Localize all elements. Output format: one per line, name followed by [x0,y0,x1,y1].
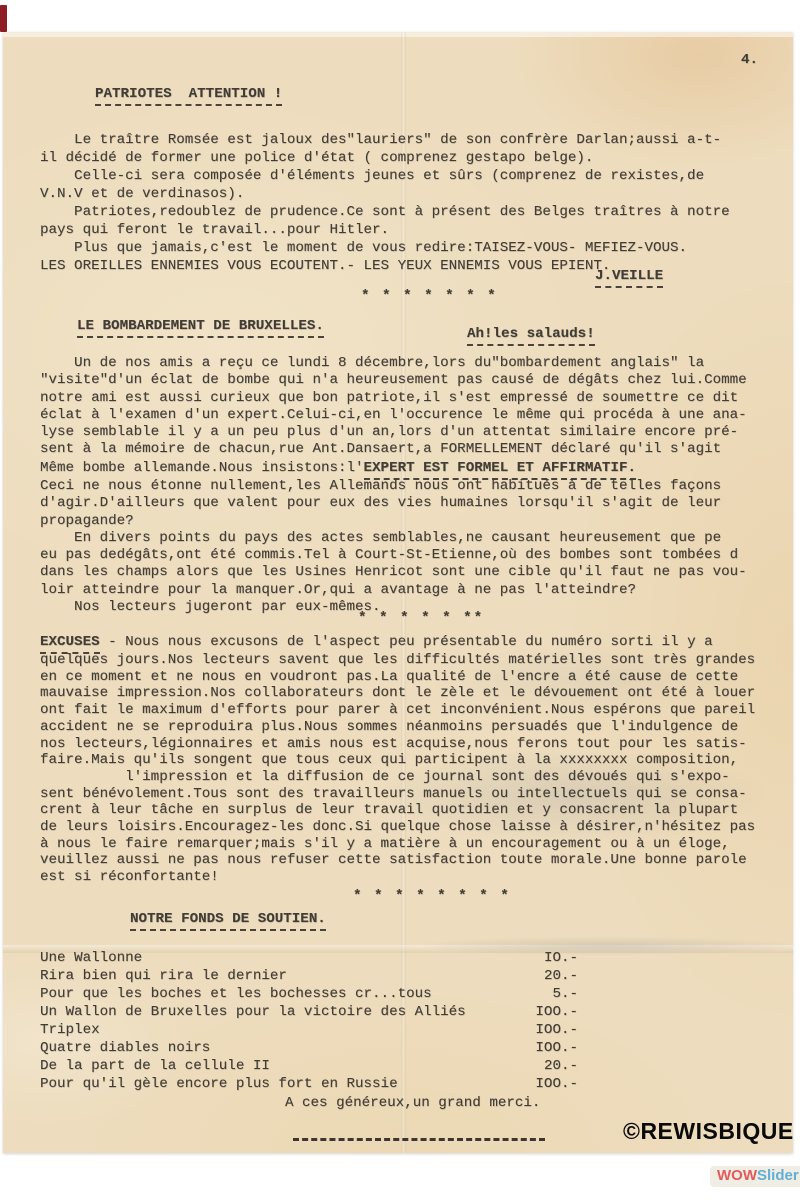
slider-edge-mark [0,5,7,32]
section-heading-fonds: NOTRE FONDS DE SOUTIEN. [130,911,326,927]
patriotes-heading-text: PATRIOTES ATTENTION ! [95,86,282,106]
donation-amount: 20.- [458,1058,578,1074]
paragraph-patriotes: Le traître Romsée est jaloux des"laurier… [40,131,730,275]
donation-label: Quatre diables noirs [40,1040,210,1056]
donation-amount: IOO.- [458,1004,578,1020]
section-heading-patriotes: PATRIOTES ATTENTION ! [95,86,282,102]
donation-label: Triplex [40,1022,100,1038]
signature: J.VEILLE [595,268,663,284]
page-number: 4. [741,52,758,68]
copyright-watermark: ©REWISBIQUE [623,1118,788,1145]
insist-underlined: EXPERT EST FORMEL ET AFFIRMATIF. [364,460,636,480]
excuses-first-line-rest: - Nous nous excusons de l'aspect peu pré… [100,634,713,650]
donation-row: Pour qu'il gèle encore plus fort en Russ… [40,1076,760,1094]
aside-salauds-text: Ah!les salauds! [467,326,595,346]
donation-amount: IO.- [458,950,578,966]
typed-dashed-line [293,1138,545,1141]
asterisk-separator-2: * * * * * ** [358,610,484,626]
excuses-label: EXCUSES [40,634,100,654]
donation-label: Pour que les boches et les bochesses cr.… [40,986,432,1002]
asterisk-separator-1: * * * * * * * [361,288,498,304]
wowslider-badge-link[interactable]: WOWSlider [710,1166,800,1187]
paper-top-edge [3,32,793,37]
fonds-heading-text: NOTRE FONDS DE SOUTIEN. [130,911,326,931]
paragraph-excuses: quelques jours.Nos lecteurs savent que l… [40,652,755,886]
donation-amount: IOO.- [458,1040,578,1056]
line-excuses-lead: EXCUSES - Nous nous excusons de l'aspect… [40,634,713,650]
donation-row: Pour que les boches et les bochesses cr.… [40,986,760,1004]
slider-viewport: { "colors": { "paper": "#eddcbd", "ink":… [0,0,800,1200]
donation-row: Un Wallon de Bruxelles pour la victoire … [40,1004,760,1022]
donation-row: Quatre diables noirs IOO.- [40,1040,760,1058]
donation-label: Pour qu'il gèle encore plus fort en Russ… [40,1076,398,1092]
donation-amount: 20.- [458,968,578,984]
donation-label: Une Wallonne [40,950,142,966]
donation-amount: IOO.- [458,1022,578,1038]
donation-label: De la part de la cellule II [40,1058,270,1074]
donation-label: Un Wallon de Bruxelles pour la victoire … [40,1004,466,1020]
donation-row: Une Wallonne IO.- [40,950,760,968]
insist-prefix: Même bombe allemande.Nous insistons:l' [40,460,364,476]
section-heading-bombardement: LE BOMBARDEMENT DE BRUXELLES. [77,318,324,334]
donation-row: De la part de la cellule II 20.- [40,1058,760,1076]
donation-label: Rira bien qui rira le dernier [40,968,287,984]
donation-row: Rira bien qui rira le dernier 20.- [40,968,760,986]
paragraph-bombardement-a: Un de nos amis a reçu ce lundi 8 décembr… [40,355,747,459]
line-expert-formel: Même bombe allemande.Nous insistons:l'EX… [40,460,636,476]
asterisk-separator-3: * * * * * * * * [353,888,511,904]
donation-row: Triplex IOO.- [40,1022,760,1040]
wowslider-badge-wow: WOW [717,1167,757,1184]
thanks-line: A ces généreux,un grand merci. [285,1095,540,1111]
wowslider-badge-slider: Slider [757,1167,799,1184]
scanned-document-page: 4. PATRIOTES ATTENTION ! Le traître Roms… [3,32,793,1153]
donation-amount: IOO.- [458,1076,578,1092]
aside-salauds: Ah!les salauds! [467,326,595,342]
donation-amount: 5.- [458,986,578,1002]
paragraph-bombardement-b: Ceci ne nous étonne nullement,les Allema… [40,478,747,616]
bombardement-heading-text: LE BOMBARDEMENT DE BRUXELLES. [77,318,324,338]
signature-text: J.VEILLE [595,268,663,288]
